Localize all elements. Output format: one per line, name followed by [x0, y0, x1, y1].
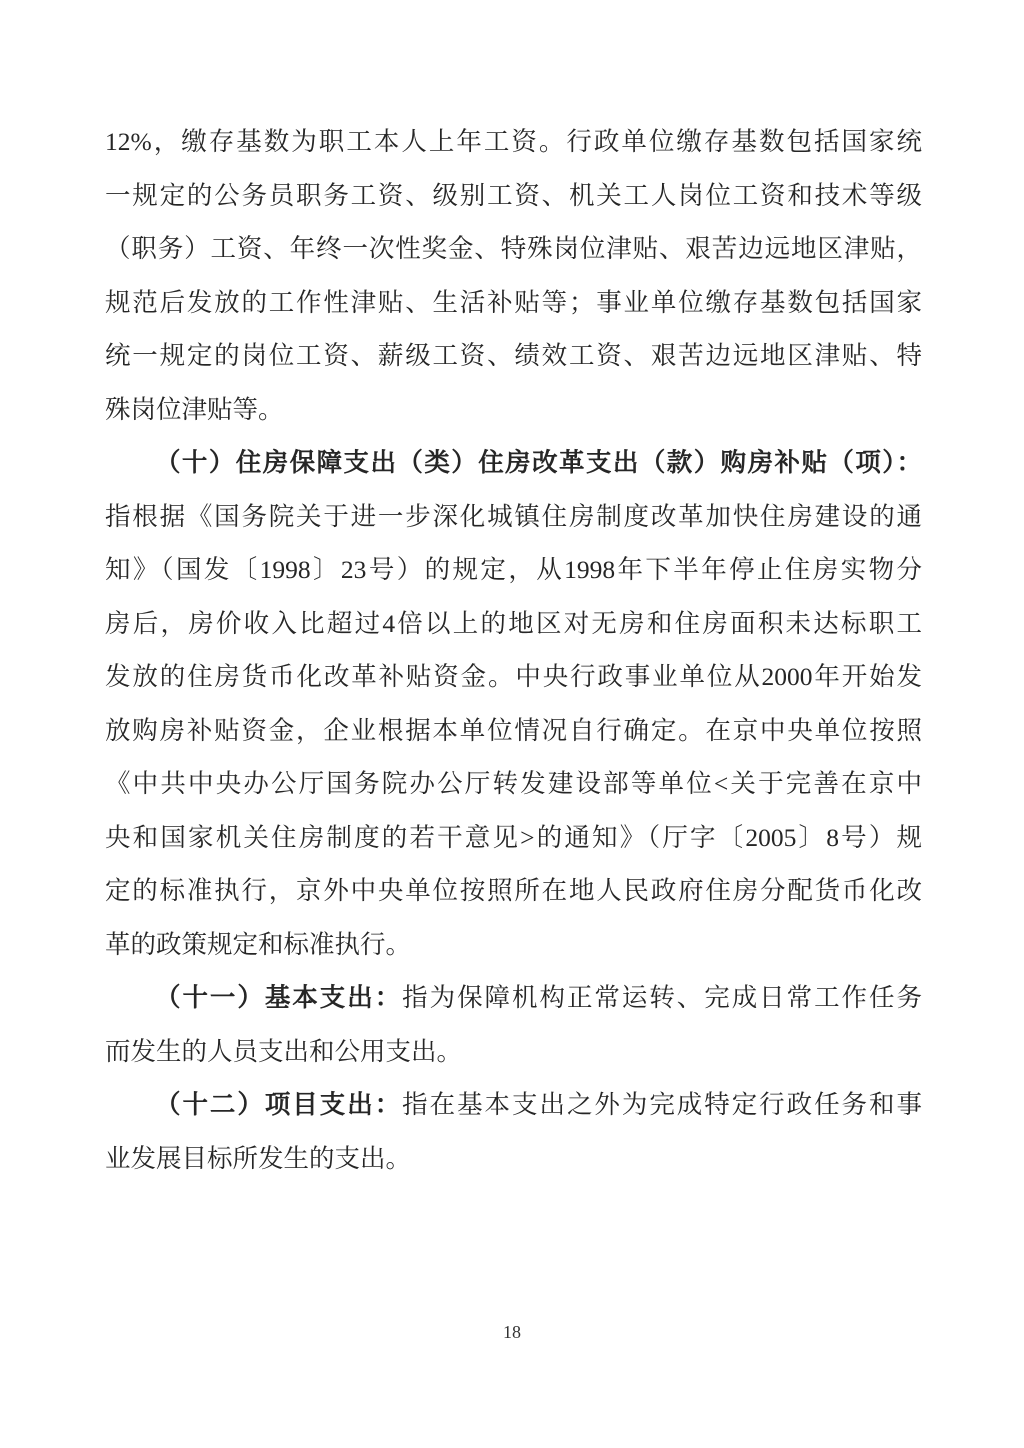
page-number: 18	[0, 1322, 1024, 1343]
text-run: 业发展目标所发生的支出。	[105, 1144, 411, 1173]
text-line: 12%，缴存基数为职工本人上年工资。行政单位缴存基数包括国家统	[105, 115, 922, 169]
text-line: （十）住房保障支出（类）住房改革支出（款）购房补贴（项）：	[105, 436, 922, 490]
text-line: 定的标准执行，京外中央单位按照所在地人民政府住房分配货币化改	[105, 864, 922, 918]
document-page: 12%，缴存基数为职工本人上年工资。行政单位缴存基数包括国家统一规定的公务员职务…	[0, 0, 1024, 1448]
text-run: 规范后发放的工作性津贴、生活补贴等；事业单位缴存基数包括国家	[105, 288, 922, 317]
bold-text-run: （十）住房保障支出（类）住房改革支出（款）购房补贴（项）：	[155, 448, 922, 477]
text-run: 放购房补贴资金，企业根据本单位情况自行确定。在京中央单位按照	[105, 716, 922, 745]
text-line: （十一）基本支出：指为保障机构正常运转、完成日常工作任务	[105, 971, 922, 1025]
text-run: 房后，房价收入比超过4倍以上的地区对无房和住房面积未达标职工	[105, 609, 922, 638]
bold-text-run: （十一）基本支出：	[155, 983, 402, 1012]
document-body: 12%，缴存基数为职工本人上年工资。行政单位缴存基数包括国家统一规定的公务员职务…	[105, 115, 922, 1185]
text-line: 业发展目标所发生的支出。	[105, 1132, 922, 1186]
text-run: 革的政策规定和标准执行。	[105, 930, 411, 959]
text-line: （十二）项目支出：指在基本支出之外为完成特定行政任务和事	[105, 1078, 922, 1132]
text-line: 《中共中央办公厅国务院办公厅转发建设部等单位<关于完善在京中	[105, 757, 922, 811]
text-line: 统一规定的岗位工资、薪级工资、绩效工资、艰苦边远地区津贴、特	[105, 329, 922, 383]
text-line: 指根据《国务院关于进一步深化城镇住房制度改革加快住房建设的通	[105, 490, 922, 544]
text-line: 央和国家机关住房制度的若干意见>的通知》（厅字〔2005〕8号）规	[105, 811, 922, 865]
text-line: 一规定的公务员职务工资、级别工资、机关工人岗位工资和技术等级	[105, 169, 922, 223]
text-line: 房后，房价收入比超过4倍以上的地区对无房和住房面积未达标职工	[105, 597, 922, 651]
text-run: 知》（国发〔1998〕23号）的规定，从1998年下半年停止住房实物分	[105, 555, 922, 584]
text-run: （职务）工资、年终一次性奖金、特殊岗位津贴、艰苦边远地区津贴，	[105, 234, 922, 263]
text-run: 指为保障机构正常运转、完成日常工作任务	[402, 983, 922, 1012]
text-line: 发放的住房货币化改革补贴资金。中央行政事业单位从2000年开始发	[105, 650, 922, 704]
text-run: 12%，缴存基数为职工本人上年工资。行政单位缴存基数包括国家统	[105, 127, 922, 156]
bold-text-run: （十二）项目支出：	[155, 1090, 402, 1119]
text-run: 《中共中央办公厅国务院办公厅转发建设部等单位<关于完善在京中	[105, 769, 922, 798]
text-run: 央和国家机关住房制度的若干意见>的通知》（厅字〔2005〕8号）规	[105, 823, 922, 852]
text-run: 一规定的公务员职务工资、级别工资、机关工人岗位工资和技术等级	[105, 181, 922, 210]
text-line: 殊岗位津贴等。	[105, 383, 922, 437]
text-line: 革的政策规定和标准执行。	[105, 918, 922, 972]
text-run: 统一规定的岗位工资、薪级工资、绩效工资、艰苦边远地区津贴、特	[105, 341, 922, 370]
text-run: 发放的住房货币化改革补贴资金。中央行政事业单位从2000年开始发	[105, 662, 922, 691]
text-run: 而发生的人员支出和公用支出。	[105, 1037, 462, 1066]
text-line: 规范后发放的工作性津贴、生活补贴等；事业单位缴存基数包括国家	[105, 276, 922, 330]
text-line: 知》（国发〔1998〕23号）的规定，从1998年下半年停止住房实物分	[105, 543, 922, 597]
text-line: 放购房补贴资金，企业根据本单位情况自行确定。在京中央单位按照	[105, 704, 922, 758]
text-run: 指根据《国务院关于进一步深化城镇住房制度改革加快住房建设的通	[105, 502, 922, 531]
text-run: 定的标准执行，京外中央单位按照所在地人民政府住房分配货币化改	[105, 876, 922, 905]
text-run: 殊岗位津贴等。	[105, 395, 284, 424]
text-run: 指在基本支出之外为完成特定行政任务和事	[402, 1090, 922, 1119]
text-line: 而发生的人员支出和公用支出。	[105, 1025, 922, 1079]
text-line: （职务）工资、年终一次性奖金、特殊岗位津贴、艰苦边远地区津贴，	[105, 222, 922, 276]
